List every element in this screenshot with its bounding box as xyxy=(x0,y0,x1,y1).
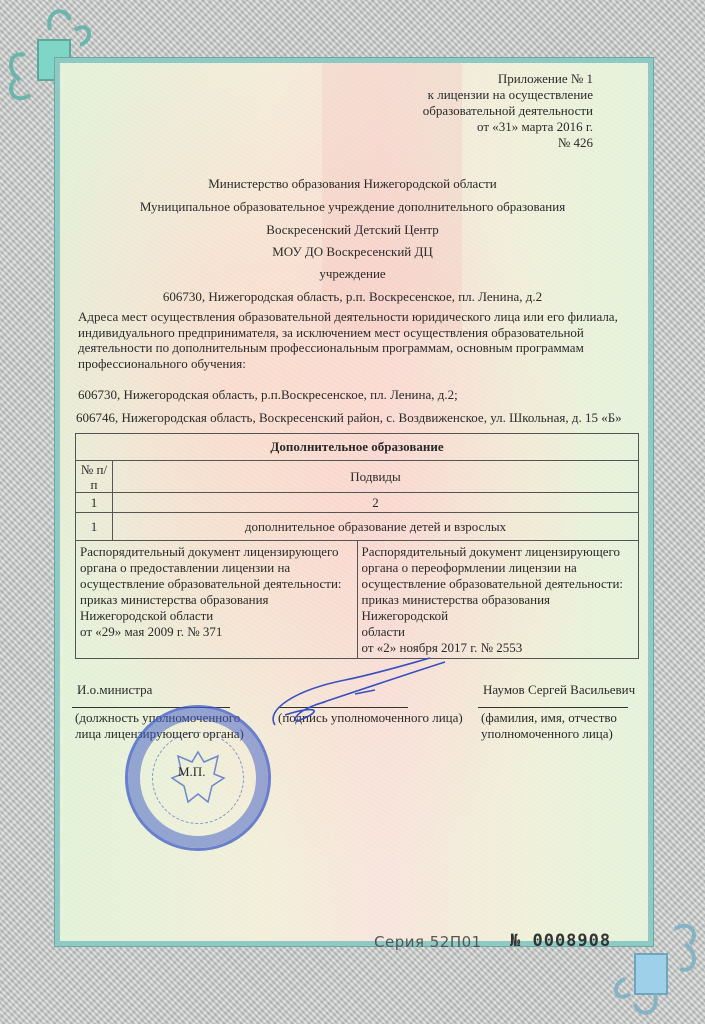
table-row: 1 дополнительное образование детей и взр… xyxy=(76,513,639,541)
doc-line: приказ министерства образования xyxy=(80,592,353,608)
name-underline xyxy=(478,707,628,708)
row-subtype: дополнительное образование детей и взрос… xyxy=(113,513,639,541)
org-full-name: Муниципальное образовательное учреждение… xyxy=(0,199,705,215)
org-address: 606730, Нижегородская область, р.п. Воск… xyxy=(0,289,705,305)
col-num-header: № п/п xyxy=(76,461,113,493)
row-num: 1 xyxy=(76,513,113,541)
name-caption: (фамилия, имя, отчество уполномоченного … xyxy=(481,710,617,742)
seal-label: М.П. xyxy=(178,764,205,780)
signer-name: Наумов Сергей Васильевич xyxy=(483,682,635,698)
signer-position: И.о.министра xyxy=(77,682,152,698)
col-subtypes-header: Подвиды xyxy=(113,461,639,493)
caption-line: (фамилия, имя, отчество xyxy=(481,710,617,726)
doc-line: осуществление образовательной деятельнос… xyxy=(362,576,635,592)
handwritten-signature-icon xyxy=(255,650,455,730)
appendix-line: № 426 xyxy=(423,135,593,151)
license-table: Дополнительное образование № п/п Подвиды… xyxy=(75,433,639,659)
appendix-line: к лицензии на осуществление xyxy=(423,87,593,103)
doc-line: органа о предоставлении лицензии на xyxy=(80,560,353,576)
blank-series: Серия 52П01 xyxy=(374,933,482,951)
doc-line: области xyxy=(362,624,635,640)
doc-line: от «29» мая 2009 г. № 371 xyxy=(80,624,353,640)
doc-line: Распорядительный документ лицензирующего xyxy=(80,544,353,560)
appendix-line: Приложение № 1 xyxy=(423,71,593,87)
authority-name: Министерство образования Нижегородской о… xyxy=(0,176,705,192)
org-name: Воскресенский Детский Центр xyxy=(0,222,705,238)
appendix-line: от «31» марта 2016 г. xyxy=(423,119,593,135)
blank-number: № 0008908 xyxy=(510,931,611,951)
address-item: 606730, Нижегородская область, р.п.Воскр… xyxy=(78,387,458,403)
appendix-block: Приложение № 1 к лицензии на осуществлен… xyxy=(423,71,593,151)
doc-grant-cell: Распорядительный документ лицензирующего… xyxy=(76,541,357,658)
doc-line: Распорядительный документ лицензирующего xyxy=(362,544,635,560)
org-type: учреждение xyxy=(0,266,705,282)
doc-line: Нижегородской области xyxy=(80,608,353,624)
caption-line: уполномоченного лица) xyxy=(481,726,617,742)
doc-reissue-cell: Распорядительный документ лицензирующего… xyxy=(357,541,638,658)
address-item: 606746, Нижегородская область, Воскресен… xyxy=(76,410,622,426)
addresses-intro: Адреса мест осуществления образовательно… xyxy=(78,309,638,371)
index-cell: 1 xyxy=(76,493,113,513)
appendix-line: образовательной деятельности xyxy=(423,103,593,119)
index-cell: 2 xyxy=(113,493,639,513)
doc-line: приказ министерства образования Нижегоро… xyxy=(362,592,635,624)
org-short-name: МОУ ДО Воскресенский ДЦ xyxy=(0,244,705,260)
table-title: Дополнительное образование xyxy=(76,434,639,461)
doc-line: осуществление образовательной деятельнос… xyxy=(80,576,353,592)
doc-line: органа о переоформлении лицензии на xyxy=(362,560,635,576)
